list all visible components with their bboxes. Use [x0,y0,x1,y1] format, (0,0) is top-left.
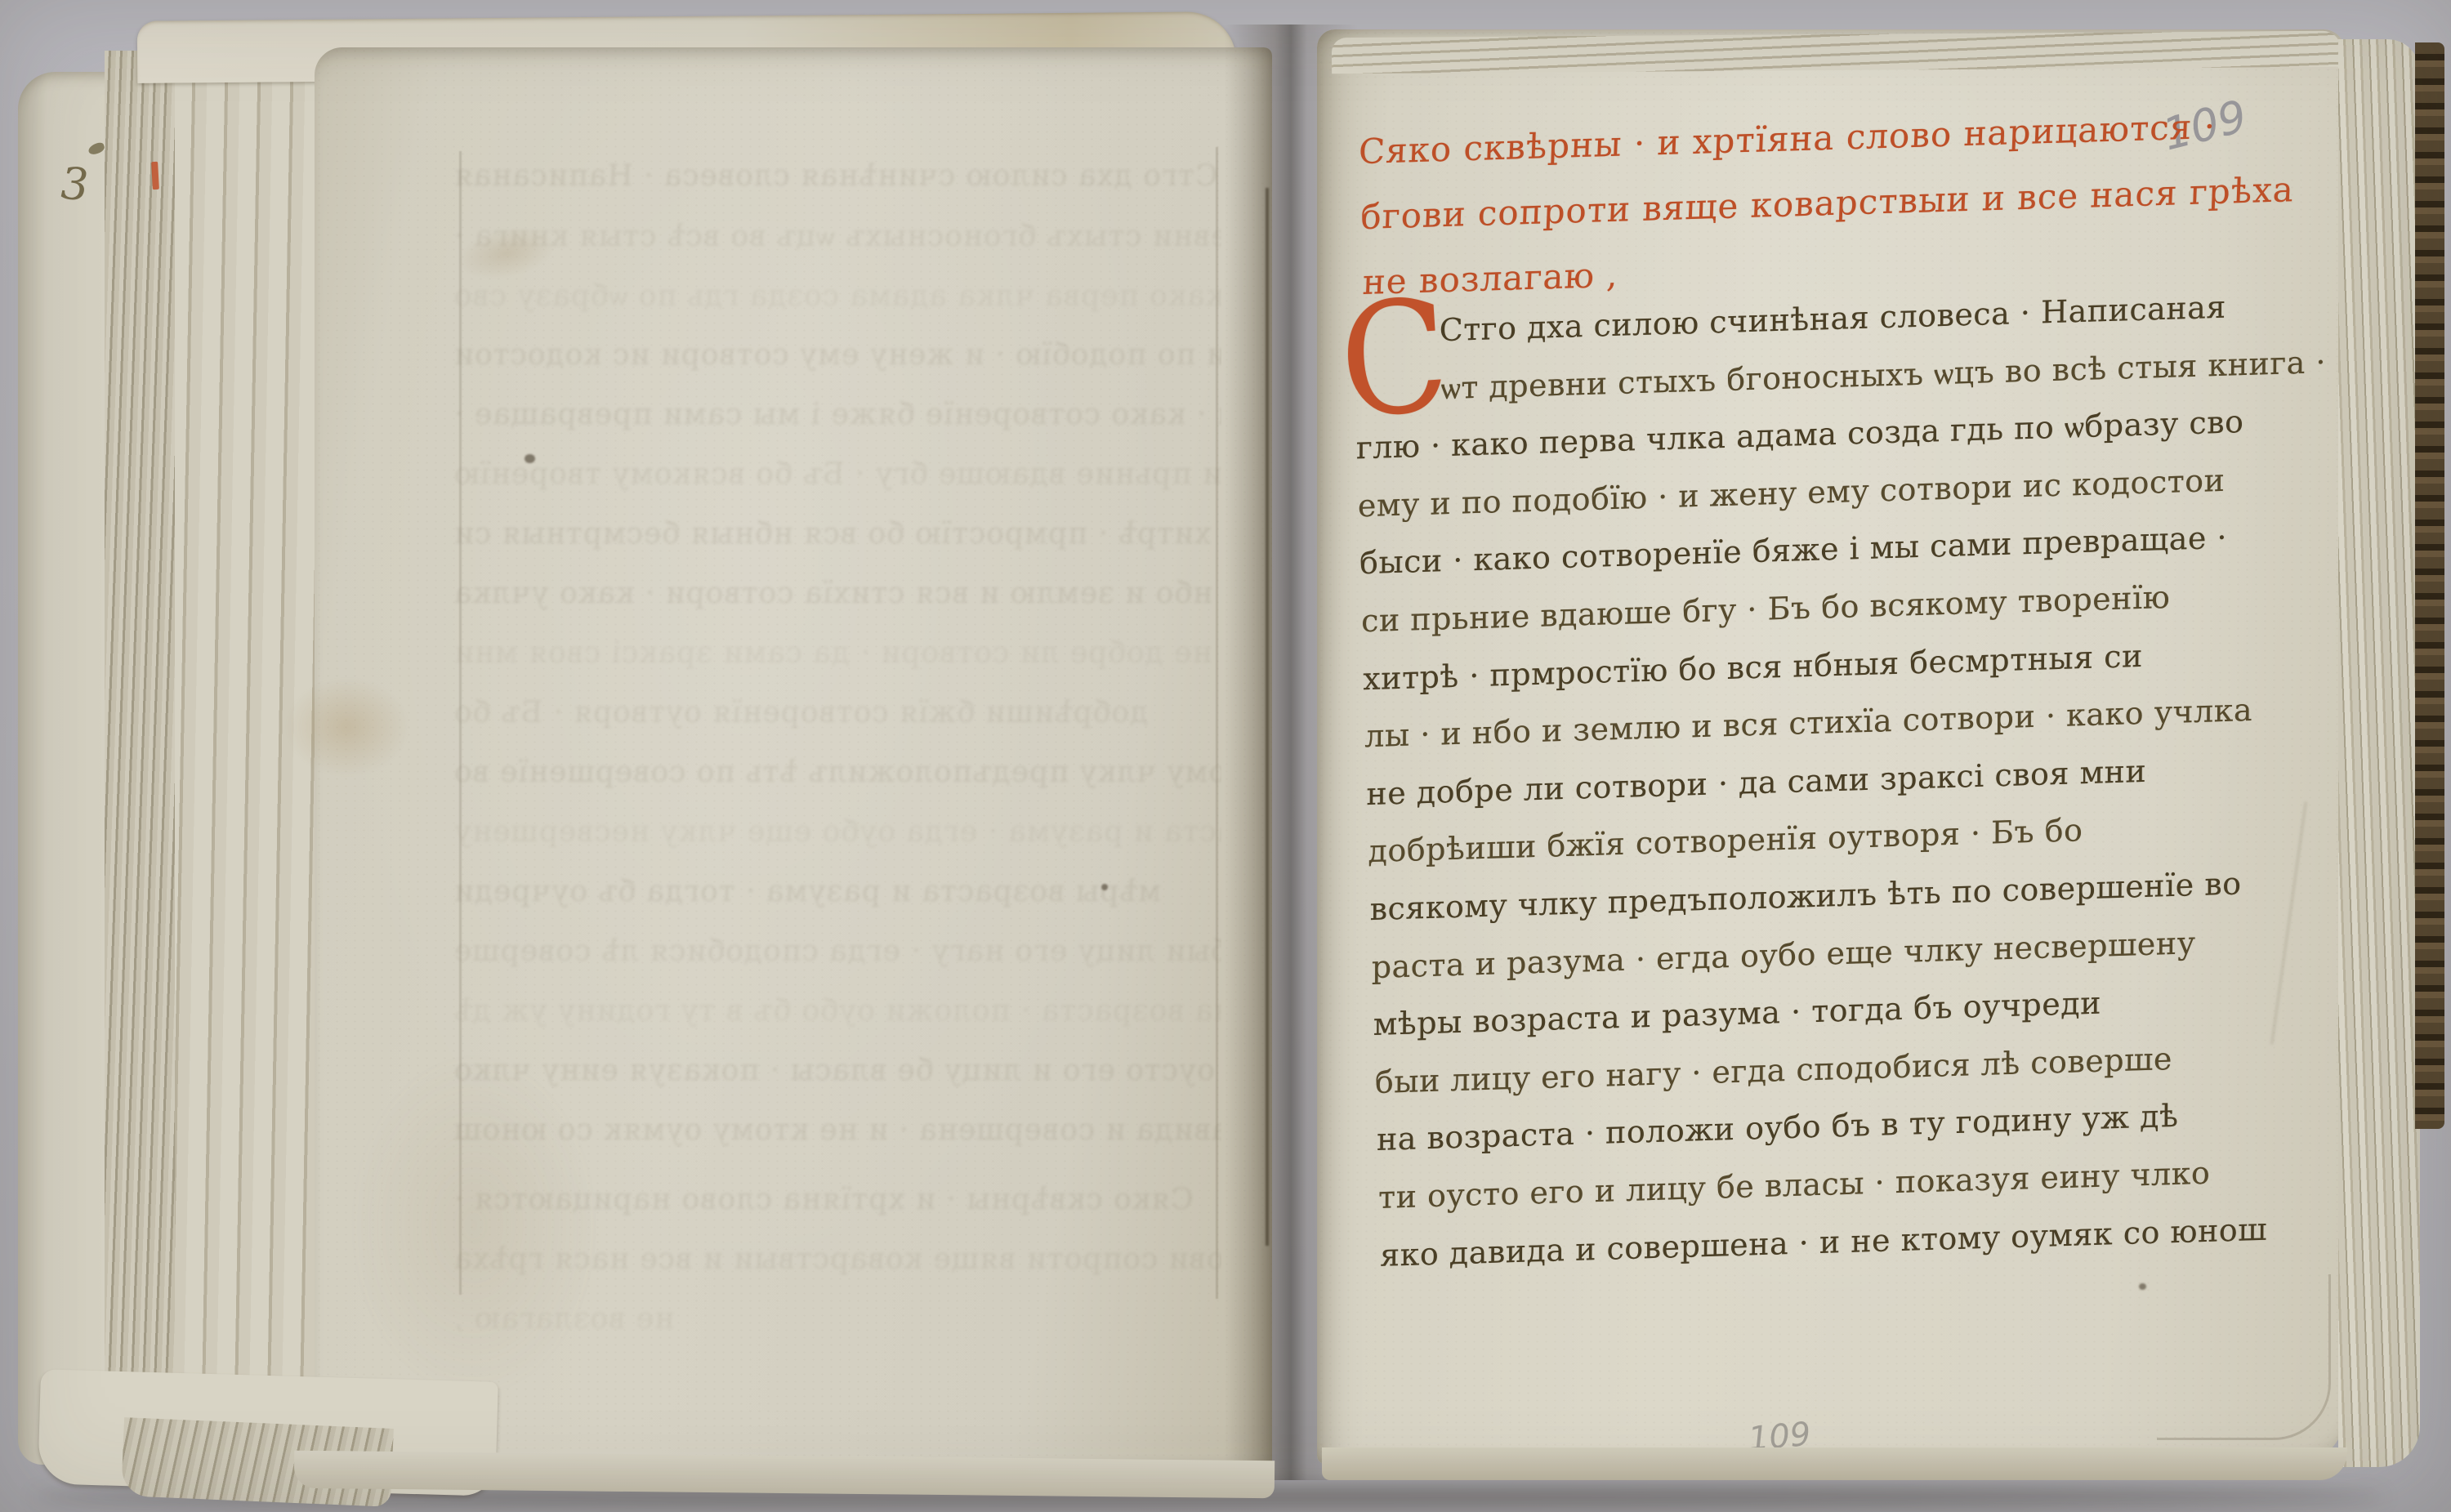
photo-vignette [0,0,2451,1512]
manuscript-photo: 3 Стго дха силою счинѣная словеса · Напи… [0,0,2451,1512]
